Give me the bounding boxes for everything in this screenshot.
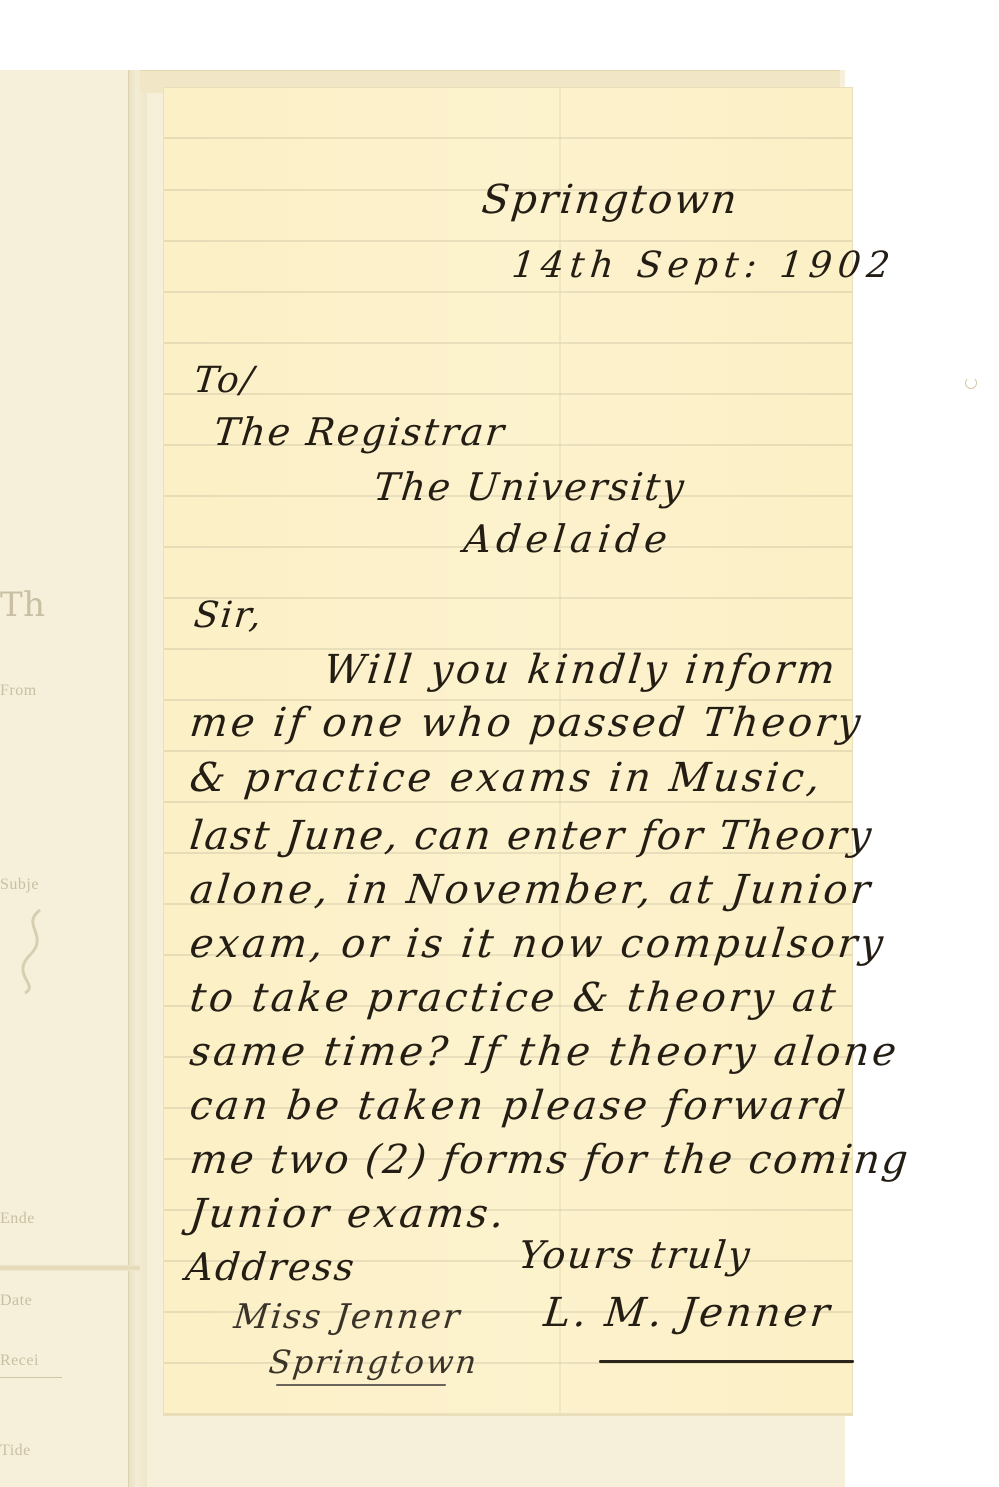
paper-mark [965,377,977,389]
address-label: Address [184,1248,358,1286]
body-line-3: & practice exams in Music, [188,758,825,798]
form-label-endorsed: Ende [0,1210,35,1228]
salutation: Sir, [192,598,265,634]
page-fold [0,1265,140,1271]
faint-handwriting [10,905,60,995]
body-line-4: last June, can enter for Theory [188,816,875,856]
body-line-9: can be taken please forward [188,1086,850,1126]
form-label-from: From [0,682,37,700]
form-label-subject: Subje [0,876,39,894]
body-line-8: same time? If the theory alone [188,1032,901,1072]
letter-place: Springtown [480,180,741,220]
address-underline [276,1384,446,1386]
signature-underline [599,1360,854,1363]
form-heading: Th [0,585,46,625]
recipient-line-2: The University [372,468,688,506]
form-rule [0,1377,62,1378]
address-line-1: Miss Jenner [232,1300,463,1334]
recipient-line-3: Adelaide [462,520,674,558]
handwritten-letter: Springtown 14th Sept: 1902 To/ The Regis… [164,88,852,1415]
letter-date: 14th Sept: 1902 [510,248,897,284]
body-line-1: Will you kindly inform [322,650,840,690]
to-label: To/ [192,363,257,399]
body-line-11: Junior exams. [188,1194,509,1234]
closing: Yours truly [517,1236,753,1274]
form-label-tide: Tide [0,1442,31,1460]
form-label-received: Recei [0,1352,39,1370]
paper-crease [559,88,561,1415]
body-line-5: alone, in November, at Junior [188,870,875,910]
body-line-2: me if one who passed Theory [188,703,865,743]
recipient-line-1: The Registrar [212,413,508,451]
signature: L. M. Jenner [542,1293,835,1333]
body-line-7: to take practice & theory at [188,978,841,1018]
address-line-2: Springtown [267,1346,480,1378]
body-line-10: me two (2) forms for the coming [188,1140,912,1180]
body-line-6: exam, or is it now compulsory [188,924,888,964]
page-gutter [128,70,147,1487]
form-label-dated: Date [0,1292,32,1310]
